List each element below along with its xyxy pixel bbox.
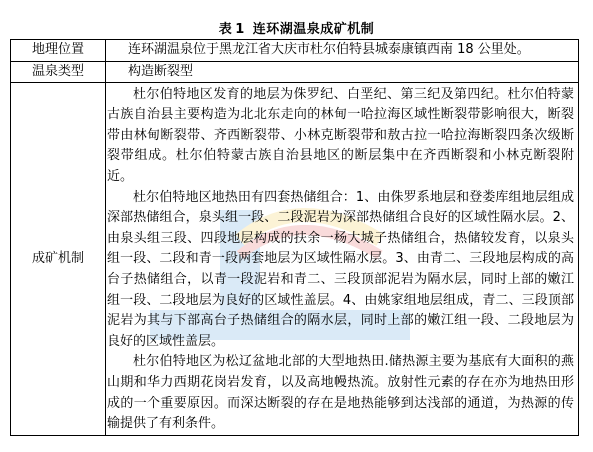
row-value-location: 连环湖温泉位于黑龙江省大庆市杜尔伯特县城泰康镇西南 18 公里处。 — [106, 40, 579, 62]
paragraph-reservoirs: 杜尔伯特地区地热田有四套热储组合：1、由侏罗系地层和登娄库组地层组成深部热储组合… — [107, 188, 574, 353]
caption-prefix: 表 — [219, 22, 233, 37]
row-label-location: 地理位置 — [11, 40, 106, 62]
table-row: 地理位置 连环湖温泉位于黑龙江省大庆市杜尔伯特县城泰康镇西南 18 公里处。 — [11, 40, 579, 62]
table-row: 成矿机制 杜尔伯特地区发育的地层为侏罗纪、白垩纪、第三纪及第四纪。杜尔伯特蒙古族… — [11, 83, 579, 436]
paragraph-heat-source: 杜尔伯特地区为松辽盆地北部的大型地热田.储热源主要为基底有大面积的燕山期和华力西… — [107, 352, 574, 434]
row-label-mechanism: 成矿机制 — [11, 83, 106, 436]
row-value-mechanism: 杜尔伯特地区发育的地层为侏罗纪、白垩纪、第三纪及第四纪。杜尔伯特蒙古族自治县主要… — [106, 83, 579, 436]
row-label-type: 温泉类型 — [11, 61, 106, 83]
table-row: 温泉类型 构造断裂型 — [11, 61, 579, 83]
row-value-type: 构造断裂型 — [106, 61, 579, 83]
caption-title: 连环湖温泉成矿机制 — [253, 22, 375, 37]
paragraph-strata: 杜尔伯特地区发育的地层为侏罗纪、白垩纪、第三纪及第四纪。杜尔伯特蒙古族自治县主要… — [107, 85, 574, 188]
table-caption: 表1连环湖温泉成矿机制 — [0, 18, 593, 37]
mineralization-table: 地理位置 连环湖温泉位于黑龙江省大庆市杜尔伯特县城泰康镇西南 18 公里处。 温… — [10, 39, 579, 436]
caption-number: 1 — [235, 22, 245, 37]
